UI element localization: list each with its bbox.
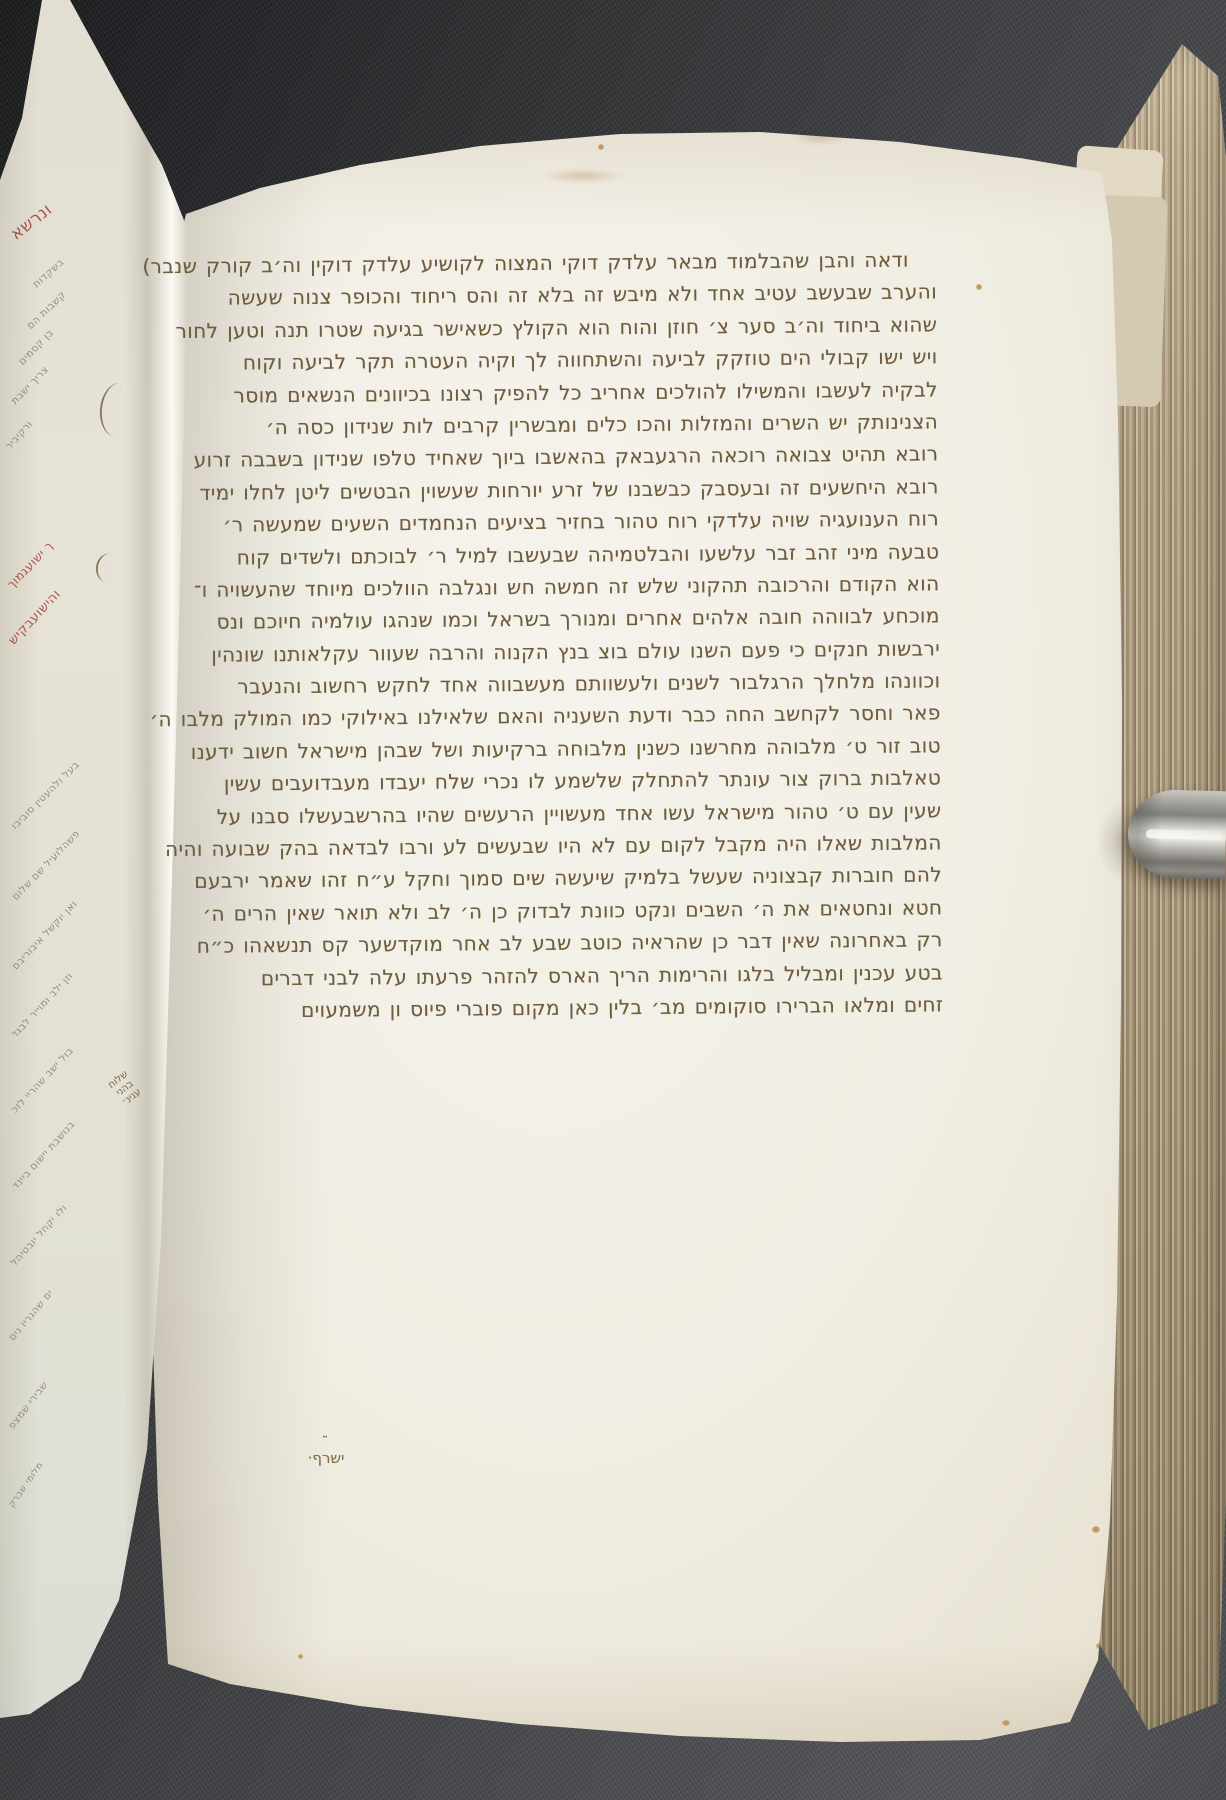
text-fragment: בנושבת יישום ביינד bbox=[10, 1119, 77, 1192]
abbreviation-mark: ˜ bbox=[294, 1438, 358, 1448]
foxing-spot bbox=[598, 144, 604, 150]
photo-scene: ונרשאבשקדותקשבות הםבן קסמיםצריך ישבתורקי… bbox=[0, 0, 1226, 1800]
text-fragment: מלומי שברק bbox=[7, 1461, 45, 1510]
text-fragment: פשהלועיל שם שלום bbox=[10, 828, 82, 902]
foxing-spot bbox=[262, 118, 269, 125]
text-fragment: בשקדות bbox=[31, 257, 66, 290]
text-fragment: קשבות הם bbox=[25, 289, 68, 331]
foxing-spot bbox=[1044, 150, 1049, 155]
text-fragment: בעל ולהעטין סוביבו bbox=[10, 759, 82, 831]
foxing-spot bbox=[298, 1654, 303, 1659]
text-fragment: ורקיביר bbox=[4, 419, 36, 452]
rubric-fragment: ונרשא bbox=[7, 200, 56, 245]
foxing-spot bbox=[1002, 1720, 1010, 1726]
text-fragment: ולו יקחל יובטיהל bbox=[9, 1203, 70, 1269]
catchword-text: ישרף· bbox=[294, 1448, 358, 1468]
rubric-fragment: ך ישועגמוך bbox=[4, 539, 56, 592]
text-fragment: ים שהגריו נים bbox=[7, 1288, 56, 1343]
text-fragment: ואן יוקשל איבוריבם bbox=[10, 899, 79, 972]
stain bbox=[792, 128, 848, 146]
text-fragment: וזן ילב ומוייר לבגד bbox=[10, 971, 76, 1041]
foxing-spot bbox=[1092, 1526, 1100, 1533]
text-fragment: צריך ישבת bbox=[9, 364, 51, 407]
stain bbox=[540, 168, 626, 184]
text-fragment: בול ישב שהריי לזכ bbox=[10, 1045, 76, 1115]
text-fragment: בן קסמים bbox=[17, 328, 56, 368]
foxing-spot bbox=[976, 284, 982, 290]
rubric-fragment: והישועבקיש bbox=[6, 587, 65, 648]
text-block: ודאה והבן שהבלמוד מבאר עלדק דוקי המצוה ל… bbox=[105, 243, 944, 1028]
catchword: ˜ ישרף· bbox=[294, 1438, 358, 1468]
text-fragment: שבירי שמצפ bbox=[7, 1380, 51, 1432]
